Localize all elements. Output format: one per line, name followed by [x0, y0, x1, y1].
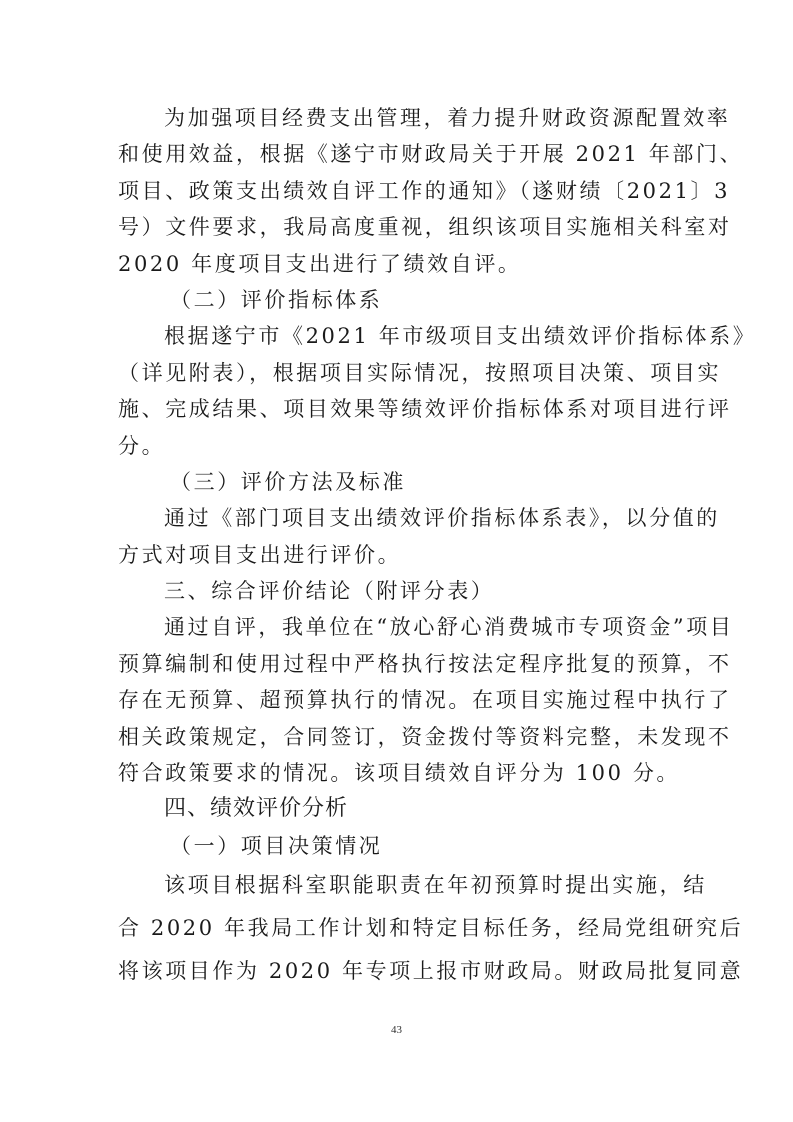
paragraph-line: 项目、政策支出绩效自评工作的通知》（遂财绩〔2021〕3: [118, 173, 674, 209]
section-heading-performance-analysis: 四、绩效评价分析: [118, 791, 674, 827]
paragraph-line: 预算编制和使用过程中严格执行按法定程序批复的预算，不: [118, 646, 674, 682]
body-text: 为加强项目经费支出管理，着力提升财政资源配置效率 和使用效益，根据《遂宁市财政局…: [118, 100, 674, 993]
paragraph-line: 根据遂宁市《2021 年市级项目支出绩效评价指标体系》: [118, 318, 674, 354]
paragraph-line: 分。: [118, 428, 674, 464]
subheading-project-decision: （一）项目决策情况: [118, 828, 674, 864]
paragraph-line: 2020 年度项目支出进行了绩效自评。: [118, 246, 674, 282]
paragraph-line: 符合政策要求的情况。该项目绩效自评分为 100 分。: [118, 755, 674, 791]
subheading-evaluation-method: （三）评价方法及标准: [118, 464, 674, 500]
document-page: 为加强项目经费支出管理，着力提升财政资源配置效率 和使用效益，根据《遂宁市财政局…: [0, 0, 793, 1122]
paragraph-line: 施、完成结果、项目效果等绩效评价指标体系对项目进行评: [118, 391, 674, 427]
paragraph-line: 相关政策规定，合同签订，资金拨付等资料完整，未发现不: [118, 719, 674, 755]
paragraph-line: 通过《部门项目支出绩效评价指标体系表》，以分值的: [118, 500, 674, 536]
paragraph-line: 和使用效益，根据《遂宁市财政局关于开展 2021 年部门、: [118, 136, 674, 172]
paragraph-line: 号）文件要求，我局高度重视，组织该项目实施相关科室对: [118, 209, 674, 245]
paragraph-line: 存在无预算、超预算执行的情况。在项目实施过程中执行了: [118, 682, 674, 718]
page-number: 43: [0, 1024, 793, 1036]
paragraph-line: 方式对项目支出进行评价。: [118, 537, 674, 573]
subheading-evaluation-index-system: （二）评价指标体系: [118, 282, 674, 318]
paragraph-line: 将该项目作为 2020 年专项上报市财政局。财政局批复同意: [118, 950, 674, 993]
paragraph-line: 通过自评，我单位在“放心舒心消费城市专项资金”项目: [118, 609, 674, 645]
paragraph-line: 该项目根据科室职能职责在年初预算时提出实施，结: [118, 864, 674, 907]
paragraph-line: 合 2020 年我局工作计划和特定目标任务，经局党组研究后: [118, 907, 674, 950]
section-heading-conclusion: 三、综合评价结论（附评分表）: [118, 573, 674, 609]
paragraph-line: 为加强项目经费支出管理，着力提升财政资源配置效率: [118, 100, 674, 136]
paragraph-line: （详见附表），根据项目实际情况，按照项目决策、项目实: [118, 355, 674, 391]
